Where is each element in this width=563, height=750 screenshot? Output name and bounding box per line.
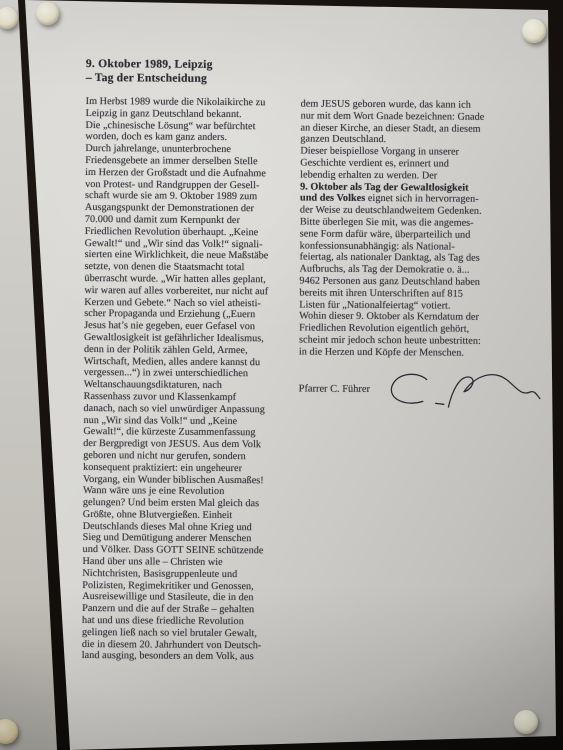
photographed-notice-board: 9. Oktober 1989, Leipzig– Tag der Entsch… bbox=[0, 0, 563, 750]
document-content: 9. Oktober 1989, Leipzig– Tag der Entsch… bbox=[86, 57, 546, 60]
text-line: wir waren auf alles vorbereitet, nur nic… bbox=[84, 285, 299, 298]
right-column-text: dem JESUS geboren wurde, das kann ichnur… bbox=[299, 99, 536, 360]
text-line: konsequent praktiziert: ein ungeheurer bbox=[83, 462, 298, 475]
text-run: eignet sich in hervorragen- bbox=[365, 193, 478, 205]
text-line: 9. Oktober 1989, Leipzig bbox=[86, 57, 301, 72]
text-line: geboren und nicht nur gerufen, sondern bbox=[83, 450, 298, 463]
text-line: Friedlichen Revolution überhaupt. „Keine bbox=[85, 226, 300, 239]
text-line: land ausging, besonders an dem Volk, aus bbox=[82, 650, 297, 663]
text-line: danach, nach so viel unwürdiger Anpassun… bbox=[84, 403, 299, 416]
document-page: 9. Oktober 1989, Leipzig– Tag der Entsch… bbox=[0, 0, 563, 750]
push-pin-top-right bbox=[522, 19, 546, 43]
signature-graphic bbox=[382, 362, 542, 421]
text-line: sene Form dafür wäre, überparteilich und bbox=[300, 228, 535, 241]
text-line: – Tag der Entscheidung bbox=[86, 70, 301, 85]
text-line: Nichtchristen, Basisgruppenleute und bbox=[82, 568, 297, 581]
left-column-text: Im Herbst 1989 wurde die Nikolaikirche z… bbox=[82, 96, 301, 664]
text-line: nur mit dem Wort Gnade bezeichnen: Gnade bbox=[301, 110, 536, 123]
signoff-row: Pfarrer C. Führer bbox=[299, 383, 534, 396]
push-pin-top-left bbox=[36, 2, 59, 25]
text-line: Größte, ohne Blutvergießen. Einheit bbox=[83, 509, 298, 522]
text-line: bereits mit ihren Unterschriften auf 815 bbox=[299, 287, 534, 300]
text-line: Leipzig in ganz Deutschland bekannt. bbox=[86, 108, 301, 121]
push-pin-side-bottom bbox=[0, 719, 18, 744]
bold-text-run: und des Volkes bbox=[300, 193, 365, 204]
push-pin-side-top bbox=[0, 7, 18, 29]
text-line: im Herzen der Großstadt und die Aufnahme bbox=[85, 167, 300, 180]
right-column: dem JESUS geboren wurde, das kann ichnur… bbox=[299, 99, 536, 396]
bold-text-run: 9. Oktober als Tag der Gewaltlosigkeit bbox=[300, 181, 469, 193]
document-title: 9. Oktober 1989, Leipzig– Tag der Entsch… bbox=[86, 57, 301, 86]
text-line: denn in der Politik zählen Geld, Armee, bbox=[84, 344, 299, 357]
text-line: in die Herzen und Köpfe der Menschen. bbox=[299, 346, 534, 359]
text-line: gelingen ließ nach so viel brutaler Gewa… bbox=[82, 627, 297, 640]
signature-name: Pfarrer C. Führer bbox=[299, 383, 370, 394]
left-column: 9. Oktober 1989, Leipzig– Tag der Entsch… bbox=[82, 57, 301, 664]
push-pin-bottom-right bbox=[514, 710, 538, 734]
